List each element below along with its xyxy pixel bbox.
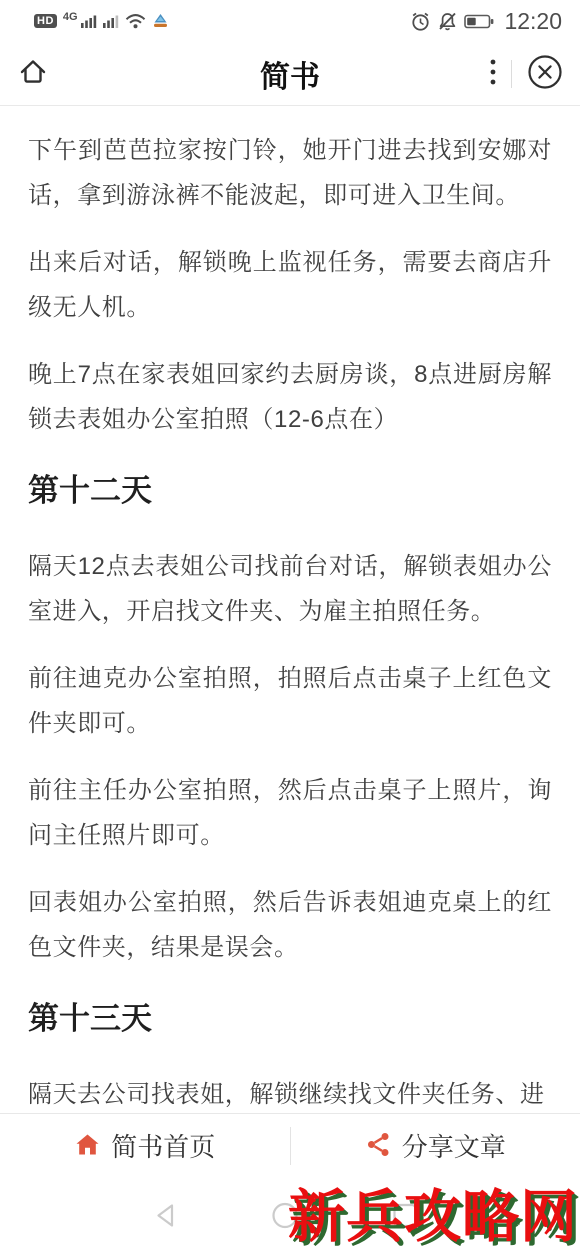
article-paragraph: 回表姐办公室拍照，然后告诉表姐迪克桌上的红色文件夹，结果是误会。 (28, 880, 552, 970)
article-paragraph: 前往主任办公室拍照，然后点击桌子上照片，询问主任照片即可。 (28, 768, 552, 858)
hd-icon: HD (34, 14, 57, 28)
share-article-label: 分享文章 (402, 1127, 506, 1164)
network-type-label: 4G (63, 11, 78, 23)
battery-icon (464, 13, 494, 30)
signal-bars-icon (81, 14, 97, 29)
watermark: 新兵攻略网 (288, 1171, 578, 1253)
section-heading: 第十二天 (28, 468, 552, 514)
more-menu-button[interactable] (489, 56, 497, 91)
android-nav-bar: 新兵攻略网 (0, 1177, 580, 1257)
alarm-icon (410, 11, 431, 32)
article-paragraph: 出来后对话，解锁晚上监视任务，需要去商店升级无人机。 (28, 240, 552, 330)
status-bar: HD 4G 12:20 (0, 0, 580, 42)
signal-bars-2-icon (103, 14, 119, 29)
article-blocks: 下午到芭芭拉家按门铃，她开门进去找到安娜对话，拿到游泳裤不能波起，即可进入卫生间… (28, 128, 552, 1117)
article-paragraph: 隔天去公司找表姐，解锁继续找文件夹任务、进 (28, 1072, 552, 1117)
home-filled-icon (74, 1131, 101, 1161)
jianshu-home-button[interactable]: 简书首页 (0, 1114, 290, 1177)
home-circle-icon (271, 1202, 299, 1233)
section-heading: 第十三天 (28, 996, 552, 1042)
home-outline-icon (16, 55, 50, 92)
close-button[interactable] (526, 53, 564, 94)
app-notification-icon (152, 13, 169, 30)
bottom-toolbar: 简书首页 分享文章 (0, 1113, 580, 1177)
article-paragraph: 前往迪克办公室拍照，拍照后点击桌子上红色文件夹即可。 (28, 656, 552, 746)
mute-icon (437, 11, 458, 32)
share-icon (365, 1131, 392, 1161)
home-button[interactable] (16, 55, 50, 92)
nav-recents-button[interactable] (392, 1203, 418, 1232)
recents-square-icon (392, 1203, 418, 1232)
share-article-button[interactable]: 分享文章 (291, 1114, 580, 1177)
jianshu-home-label: 简书首页 (111, 1127, 215, 1164)
phone-screen: HD 4G 12:20 (0, 0, 580, 1257)
header-divider (511, 60, 512, 88)
wifi-icon (125, 13, 146, 29)
article-content: 下午到芭芭拉家按门铃，她开门进去找到安娜对话，拿到游泳裤不能波起，即可进入卫生间… (0, 106, 580, 1257)
status-left: HD 4G (34, 13, 169, 30)
kebab-menu-icon (489, 56, 497, 91)
article-paragraph: 下午到芭芭拉家按门铃，她开门进去找到安娜对话，拿到游泳裤不能波起，即可进入卫生间… (28, 128, 552, 218)
nav-back-button[interactable] (152, 1202, 178, 1233)
close-icon (526, 53, 564, 94)
status-right: 12:20 (410, 8, 562, 35)
app-header: 简书 (0, 42, 580, 106)
clock-time: 12:20 (504, 8, 562, 35)
article-paragraph: 隔天12点去表姐公司找前台对话，解锁表姐办公室进入，开启找文件夹、为雇主拍照任务… (28, 544, 552, 634)
back-triangle-icon (152, 1202, 178, 1233)
nav-home-button[interactable] (271, 1202, 299, 1233)
article-paragraph: 晚上7点在家表姐回家约去厨房谈，8点进厨房解锁去表姐办公室拍照（12-6点在） (28, 352, 552, 442)
